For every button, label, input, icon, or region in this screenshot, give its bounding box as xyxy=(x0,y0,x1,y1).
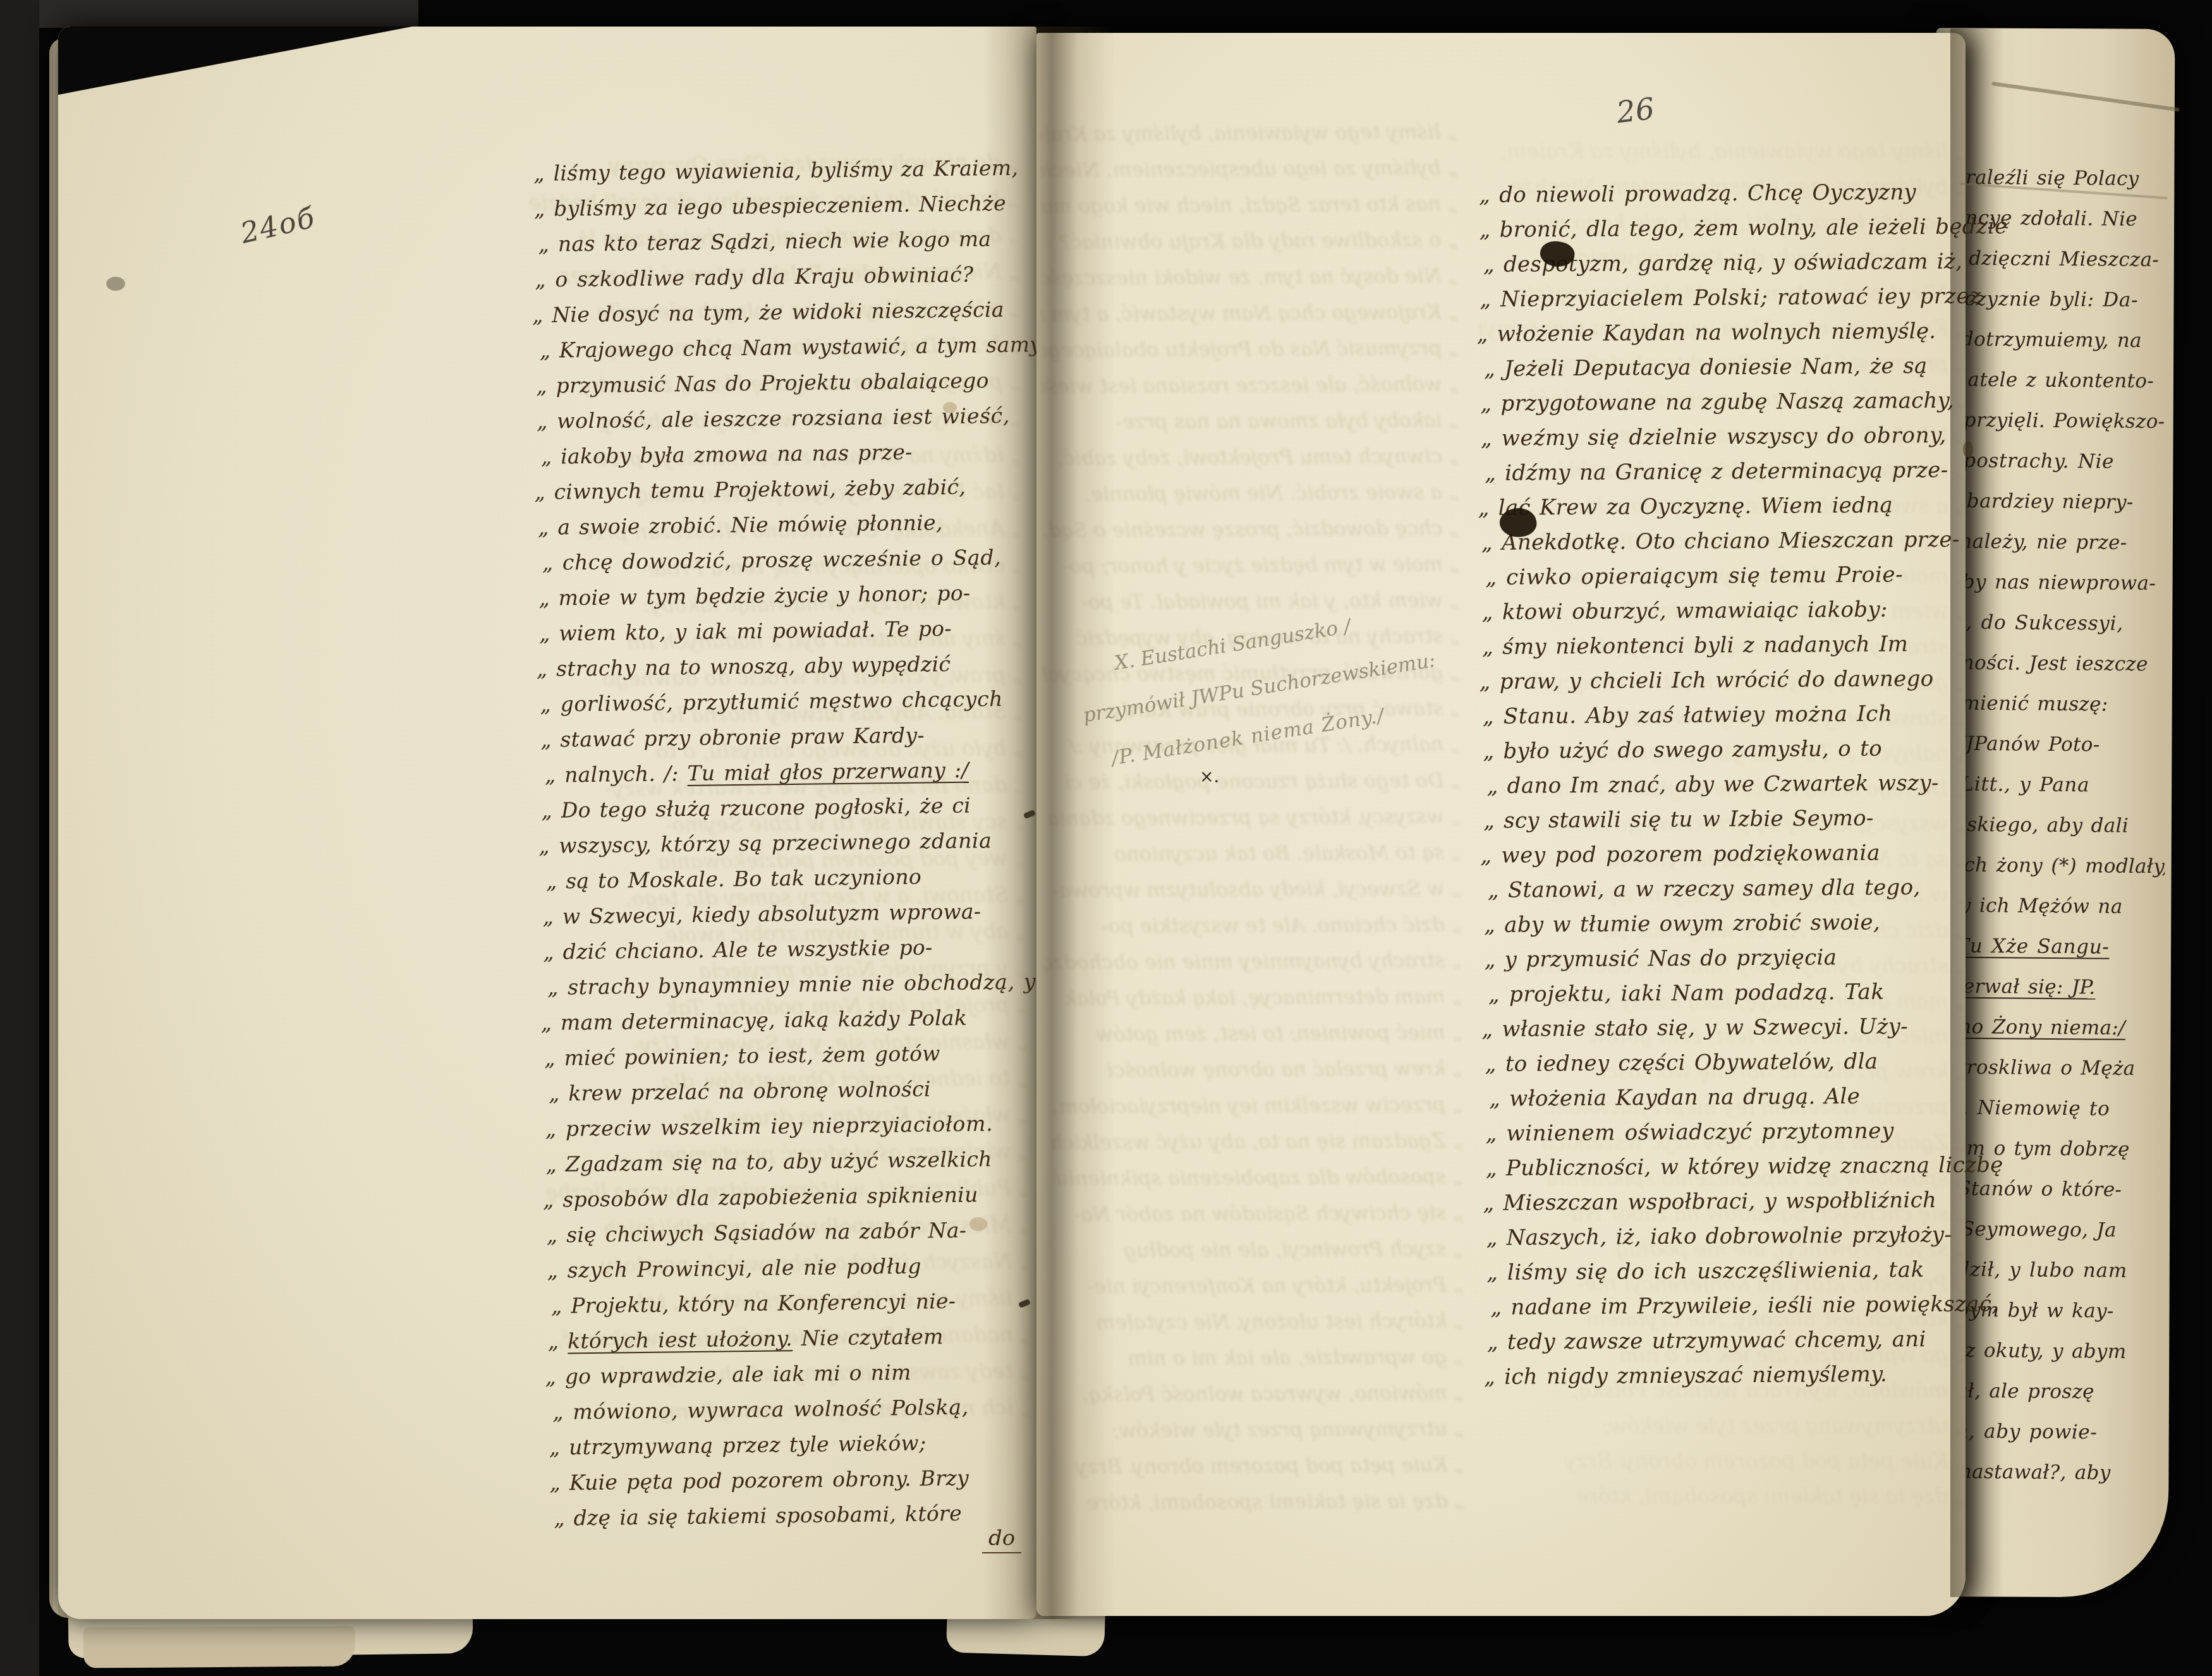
manuscript-line: „ nas kto teraz Sądzi, niech wie kogo ma xyxy=(538,221,1044,262)
manuscript-line: „ idźmy na Granicę z determinacyą prze- xyxy=(1485,453,1978,491)
left-page: „ do niewoli prowadzą. Chcę Oyczyzny„ br… xyxy=(58,27,1036,1619)
torn-corner xyxy=(58,27,412,95)
manuscript-line: „ w Szwecyi, kiedy absolutyzm wprowa- xyxy=(542,893,1048,935)
manuscript-line: atele z ukontento- xyxy=(1967,360,2170,402)
foxing-spot xyxy=(969,1217,987,1231)
manuscript-line: „ tedy zawsze utrzymywać chcemy, ani xyxy=(1487,1322,1980,1360)
manuscript-line: „ Nieprzyiacielem Polski; ratować iey pr… xyxy=(1480,279,1972,317)
manuscript-line: troskliwa o Męża xyxy=(1959,1047,2163,1090)
manuscript-line: raleźli się Polacy xyxy=(1966,157,2170,200)
manuscript-line: „ wolność, ale ieszcze rozsiana iest wie… xyxy=(537,398,1043,439)
foxing-spot xyxy=(106,277,125,291)
manuscript-line: „ do niewoli prowadzą. Chcę Oyczyzny xyxy=(1479,175,1972,213)
manuscript-line: „ szych Prowincyi, ale nie podług xyxy=(547,1247,1053,1289)
manuscript-line: „ lać Krew za Oyczyznę. Wiem iedną xyxy=(1478,488,1971,526)
manuscript-line: „ to iedney części Obywatelów, dla xyxy=(1485,1044,1978,1082)
manuscript-line: „ nadane im Przywileie, ieśli nie powięk… xyxy=(1490,1287,1983,1325)
manuscript-line: „ y przymusić Nas do przyięcia xyxy=(1484,940,1977,978)
manuscript-line: dotrzymuiemy, na xyxy=(1961,319,2166,361)
manuscript-line: „ liśmy się do ich uszczęśliwienia, tak xyxy=(1486,1253,1979,1290)
manuscript-line: by nas niewprowa- xyxy=(1962,562,2167,604)
right-page: „ liśmy tego wyiawienia, byliśmy za Krai… xyxy=(1036,33,1966,1616)
manuscript-line: „ ciwnych temu Projektowi, żeby zabić, xyxy=(534,468,1040,510)
manuscript-line: mienić muszę: xyxy=(1961,683,2166,726)
manuscript-line: „ Nie dosyć na tym, że widoki nieszczęśc… xyxy=(532,291,1038,333)
manuscript-line: „ praw, y chcieli Ich wrócić do dawnego xyxy=(1479,662,1972,700)
manuscript-line: dzięczni Mieszcza- xyxy=(1969,238,2170,281)
manuscript-line: „ których iest ułożony. Nie czytałem xyxy=(548,1318,1054,1359)
lower-page-edge xyxy=(83,1625,355,1668)
manuscript-line: „ scy stawili się tu w Izbie Seymo- xyxy=(1483,801,1976,839)
folio-number-left: 24об xyxy=(238,200,319,250)
manuscript-line: „ wszyscy, którzy są przeciwnego zdania xyxy=(538,822,1045,864)
manuscript-line: „ strachy na to wnoszą, aby wypędzić xyxy=(537,645,1043,687)
manuscript-line: „ liśmy tego wyiawienia, byliśmy za Krai… xyxy=(533,150,1040,191)
manuscript-line: h, aby powie- xyxy=(1955,1411,2160,1454)
folio-number-right: 26 xyxy=(1615,92,1656,131)
manuscript-line: „ weźmy się dzielnie wszyscy do obrony, xyxy=(1481,418,1974,456)
bleed-through-text: „ liśmy tego wyiawienia, byliśmy za Krai… xyxy=(1040,114,1465,1582)
manuscript-line: „ Stanu. Aby zaś łatwiey można Ich xyxy=(1483,696,1976,734)
manuscript-line: „ byliśmy za iego ubespieczeniem. Niechż… xyxy=(534,185,1040,227)
manuscript-line: bardziey niepry- xyxy=(1967,481,2171,523)
foxing-spot xyxy=(1963,441,1973,458)
manuscript-line: lskiego, aby dali xyxy=(1960,805,2165,847)
manuscript-line: „ Projektu, który na Konferencyi nie- xyxy=(551,1282,1057,1324)
manuscript-line: Seymowego, Ja xyxy=(1961,1209,2166,1251)
right-page-text: „ do niewoli prowadzą. Chcę Oyczyzny„ br… xyxy=(1479,175,1980,1395)
manuscript-line: „ Do tego służą rzucone pogłoski, że ci xyxy=(541,787,1047,829)
catchword: do xyxy=(982,1526,1021,1553)
manuscript-line: JJPanów Poto- xyxy=(1958,724,2163,766)
left-page-text: „ liśmy tego wyiawienia, byliśmy za Krai… xyxy=(533,150,1056,1536)
manuscript-line: „ utrzymywaną przez tyle wieków; xyxy=(549,1424,1055,1466)
manuscript-line: „ przymusić Nas do Projektu obalaiącego xyxy=(536,362,1042,404)
manuscript-line: ch żony (*) modlały, xyxy=(1964,845,2168,887)
manuscript-line: przyięli. Powiększo- xyxy=(1964,400,2168,442)
manuscript-line: , do Sukcessyi, xyxy=(1966,602,2170,645)
manuscript-line: „ stawać przy obronie praw Kardy- xyxy=(540,716,1047,758)
manuscript-line: „ Zgadzam się na to, aby użyć wszelkich xyxy=(545,1141,1052,1182)
manuscript-line: . Niemowię to xyxy=(1962,1088,2166,1130)
manuscript-line: „ przygotowane na zgubę Naszą zamachy, xyxy=(1480,384,1973,422)
manuscript-line: „ dano Im znać, aby we Czwartek wszy- xyxy=(1487,765,1980,803)
manuscript-line: „ ich nigdy zmnieyszać niemyślemy. xyxy=(1484,1357,1977,1395)
manuscript-line: należy, nie prze- xyxy=(1959,521,2164,564)
manuscript-line: Tu Xże Sangu- xyxy=(1956,926,2161,968)
scanner-bed-corner xyxy=(39,0,418,28)
manuscript-line: no Żony niema:/ xyxy=(1959,1007,2163,1049)
manuscript-line: „ śmy niekontenci byli z nadanych Im xyxy=(1482,627,1975,665)
manuscript-line: „ gorliwość, przytłumić męstwo chcących xyxy=(540,681,1046,722)
manuscript-line: „ a swoie zrobić. Nie mówię płonnie, xyxy=(538,504,1044,545)
manuscript-line: „ Publiczności, w którey widzę znaczną l… xyxy=(1486,1148,1979,1186)
manuscript-line: „ dzić chciano. Ale te wszystkie po- xyxy=(543,928,1049,970)
manuscript-line: y ich Mężów na xyxy=(1960,885,2165,928)
manuscript-line: „ Mieszczan wspołbraci, y wspołbliźnich xyxy=(1483,1183,1976,1221)
manuscript-line: „ Anekdotkę. Oto chciano Mieszczan prze- xyxy=(1481,523,1974,561)
manuscript-line: „ strachy bynaymniey mnie nie obchodzą, … xyxy=(547,964,1054,1005)
manuscript-line: „ go wprawdzie, ale iak mi o nim xyxy=(545,1353,1051,1395)
scanner-bed-edge xyxy=(0,0,39,1676)
manuscript-line: nastawał?, aby xyxy=(1959,1452,2164,1493)
manuscript-line: „ nalnych. /: Tu miał głos przerwany :/ xyxy=(545,751,1051,793)
manuscript-line: „ Krajowego chcą Nam wystawić, a tym sam… xyxy=(539,327,1045,368)
foxing-spot xyxy=(943,402,957,413)
manuscript-line: „ włożenie Kaydan na wolnych niemyślę. xyxy=(1477,314,1970,352)
manuscript-line: „ o szkodliwe rady dla Kraju obwiniać? xyxy=(535,256,1041,298)
manuscript-line: czyznie byli: Da- xyxy=(1964,279,2169,321)
manuscript-line: „ przeciw wszelkim iey nieprzyiaciołom. xyxy=(545,1105,1051,1147)
x-mark: ×. xyxy=(1200,767,1219,787)
manuscript-line: „ Kuie pęta pod pozorem obrony. Brzy xyxy=(549,1459,1055,1501)
manuscript-line: „ projektu, iaki Nam podadzą. Tak xyxy=(1488,974,1981,1012)
manuscript-scan: raleźli się Polacyncyę zdołali. Niedzięc… xyxy=(0,0,2212,1676)
manuscript-line: Litt., y Pana xyxy=(1960,764,2165,806)
manuscript-line: ał, ale proszę xyxy=(1956,1371,2161,1413)
manuscript-line: „ krew przelać na obronę wolności xyxy=(549,1070,1055,1112)
manuscript-line: „ są to Moskale. Bo tak uczyniono xyxy=(546,858,1052,899)
manuscript-line: „ mam determinacyę, iaką każdy Polak xyxy=(540,999,1047,1041)
manuscript-line: az okuty, y abym xyxy=(1955,1330,2158,1373)
manuscript-line: „ mówiono, wywraca wolność Polską, xyxy=(552,1388,1059,1430)
manuscript-line: „ ktowi oburzyć, wmawiaiąc iakoby: xyxy=(1482,592,1975,630)
manuscript-line: „ było użyć do swego zamysłu, o to xyxy=(1483,731,1976,769)
manuscript-line: „ moie w tym będzie życie y honor; po- xyxy=(538,574,1045,616)
manuscript-line: ności. Jest ieszcze xyxy=(1962,643,2166,685)
manuscript-line: „ winienem oświadczyć przytomney xyxy=(1485,1114,1978,1151)
manuscript-line: dził, y lubo nam xyxy=(1957,1249,2161,1292)
manuscript-line: „ włożenia Kaydan na drugą. Ale xyxy=(1489,1078,1982,1116)
manuscript-line: „ wey pod pozorem podziękowania xyxy=(1480,835,1973,873)
manuscript-line: erwał się: JP. xyxy=(1963,966,2168,1009)
manuscript-line: „ sposobów dla zapobieżenia spiknieniu xyxy=(543,1176,1049,1218)
manuscript-line: „ ciwko opieraiącym się temu Proie- xyxy=(1485,557,1978,595)
pencil-annotation: X. Eustachi Sanguszko /przymówił JWPu Su… xyxy=(1065,583,1499,787)
manuscript-line: „ wiem kto, y iak mi powiadał. Te po- xyxy=(539,610,1045,652)
manuscript-line: „ chcę dowodzić, proszę wcześnie o Sąd, xyxy=(542,539,1048,581)
manuscript-line: „ iakoby była zmowa na nas prze- xyxy=(540,433,1047,475)
manuscript-line: „ aby w tłumie owym zrobić swoie, xyxy=(1484,905,1977,943)
manuscript-line: „ mieć powinien; to iest, żem gotów xyxy=(544,1035,1050,1076)
manuscript-line: „ własnie stało się, y w Szwecyi. Uży- xyxy=(1481,1009,1974,1047)
manuscript-line: postrachy. Nie xyxy=(1963,440,2168,483)
manuscript-line: „ Stanowi, a w rzeczy samey dla tego, xyxy=(1488,870,1981,908)
manuscript-line: „ Jeżeli Deputacya doniesie Nam, że są xyxy=(1484,349,1977,387)
manuscript-line: „ Naszych, iż, iako dobrowolnie przyłoży… xyxy=(1486,1218,1979,1256)
